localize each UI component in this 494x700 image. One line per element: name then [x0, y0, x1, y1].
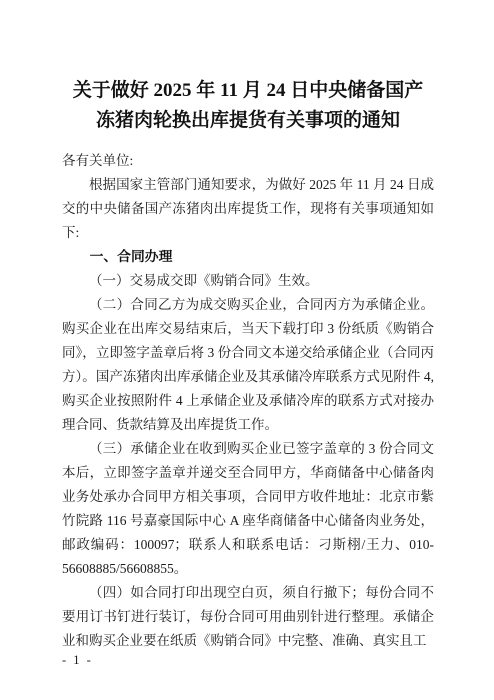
document-title-line-1: 关于做好 2025 年 11 月 24 日中央储备国产: [62, 76, 434, 106]
section-1-heading: 一、合同办理: [62, 245, 434, 269]
document-title: 关于做好 2025 年 11 月 24 日中央储备国产 冻猪肉轮换出库提货有关事…: [62, 76, 434, 136]
page-number: - 1 -: [62, 653, 93, 668]
section-1-item-1: （一）交易成交即《购销合同》生效。: [62, 269, 434, 293]
document-page: 关于做好 2025 年 11 月 24 日中央储备国产 冻猪肉轮换出库提货有关事…: [0, 0, 494, 700]
section-1-item-3: （三）承储企业在收到购买企业已签字盖章的 3 份合同文本后，立即签字盖章并递交至…: [62, 437, 434, 581]
section-1-item-4: （四）如合同打印出现空白页，须自行撤下；每份合同不要用订书钉进行装订，每份合同可…: [62, 581, 434, 653]
salutation: 各有关单位:: [62, 149, 434, 173]
section-1-item-2: （二）合同乙方为成交购买企业，合同丙方为承储企业。购买企业在出库交易结束后，当天…: [62, 293, 434, 437]
intro-paragraph: 根据国家主管部门通知要求，为做好 2025 年 11 月 24 日成交的中央储备…: [62, 173, 434, 245]
document-title-line-2: 冻猪肉轮换出库提货有关事项的通知: [62, 106, 434, 136]
